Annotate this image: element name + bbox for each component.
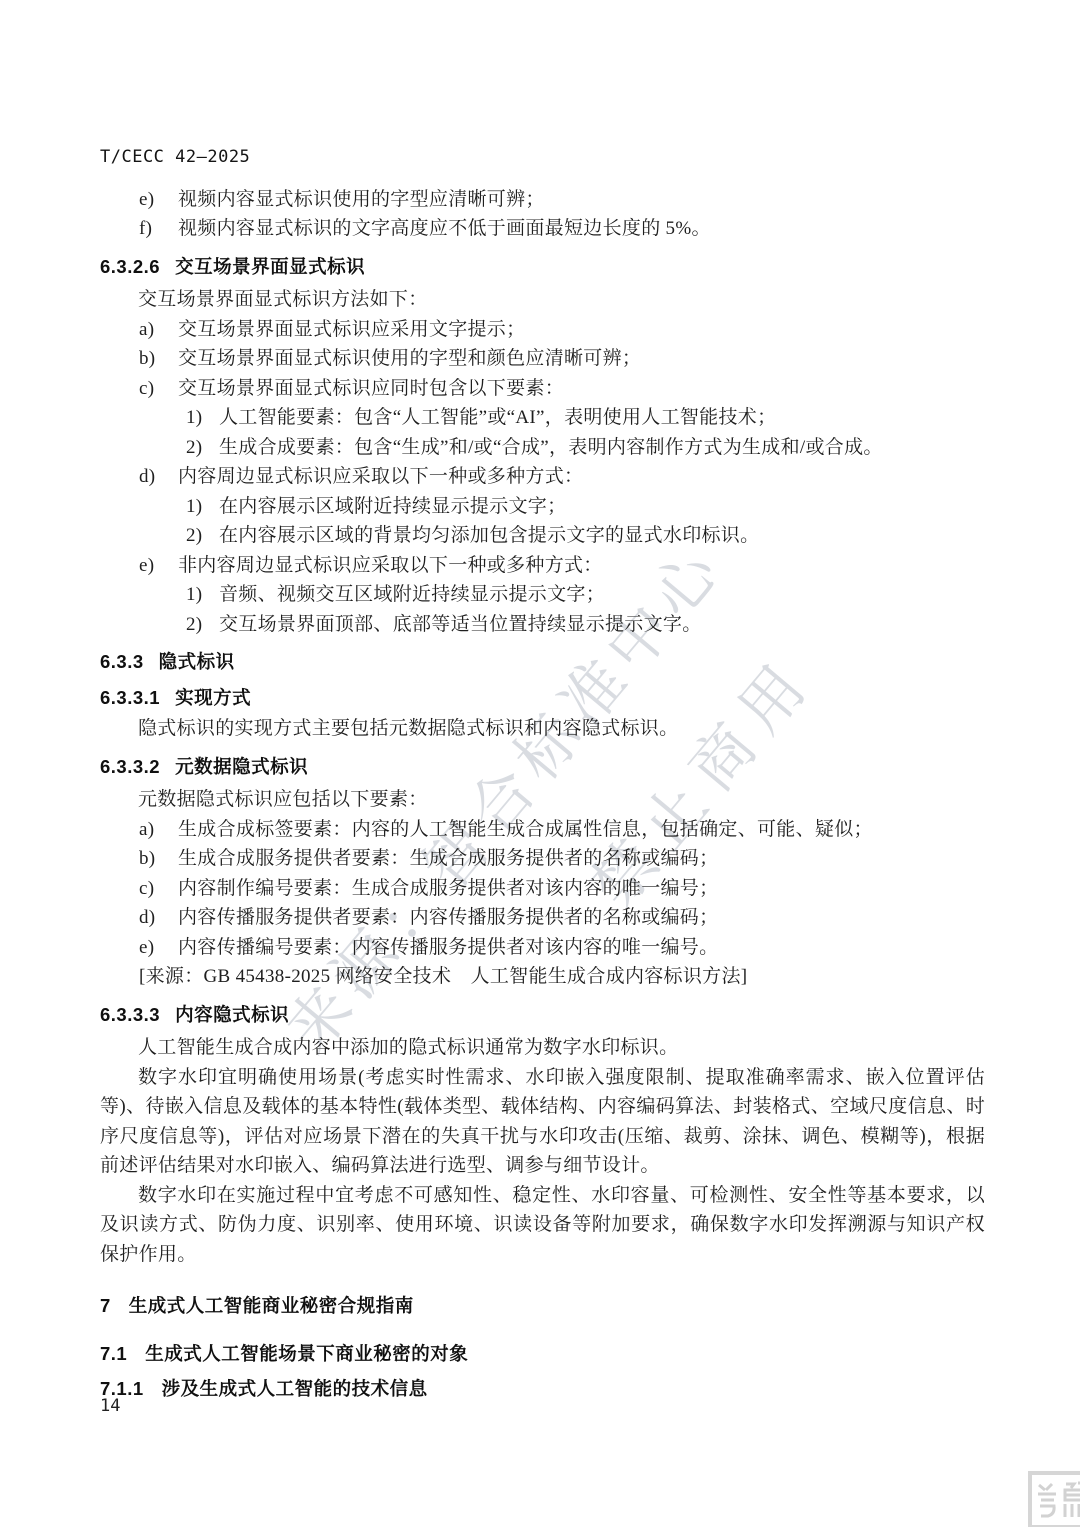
list-item: 2) 交互场景界面顶部、底部等适当位置持续显示提示文字。 [100,610,985,640]
list-item-label: 2) [186,521,219,551]
list-item: d) 内容周边显式标识应采取以下一种或多种方式： [100,462,985,492]
list-item-label: 1) [186,580,219,610]
section-title: 生成式人工智能场景下商业秘密的对象 [145,1343,468,1364]
source-reference: [来源：GB 45438-2025 网络安全技术 人工智能生成合成内容标识方法] [100,962,985,992]
list-item-label: 1) [186,492,219,522]
section-title: 涉及生成式人工智能的技术信息 [162,1378,428,1399]
section-number: 6.3.3.3 [100,1004,160,1025]
list-item: e) 非内容周边显式标识应采取以下一种或多种方式： [100,551,985,581]
section-heading-7-1: 7.1生成式人工智能场景下商业秘密的对象 [100,1339,985,1369]
metadata-element-list: a) 生成合成标签要素：内容的人工智能生成合成属性信息，包括确定、可能、疑似； … [100,815,985,963]
list-item-label: c) [139,374,178,404]
list-item-label: b) [139,844,178,874]
list-item-text: 交互场景界面显式标识使用的字型和颜色应清晰可辨； [178,344,985,374]
video-label-list: e) 视频内容显式标识使用的字型应清晰可辨； f) 视频内容显式标识的文字高度应… [100,185,985,244]
list-item-label: e) [139,185,178,215]
list-item: 1) 音频、视频交互区域附近持续显示提示文字； [100,580,985,610]
corner-seal [1028,1471,1080,1527]
section-number: 6.3.3 [100,651,144,672]
list-item: 1) 人工智能要素：包含“人工智能”或“AI”，表明使用人工智能技术； [100,403,985,433]
list-item-text: 内容传播服务提供者要素：内容传播服务提供者的名称或编码； [178,903,985,933]
list-item-text: 交互场景界面显式标识应同时包含以下要素： [178,374,985,404]
list-item: c) 内容制作编号要素：生成合成服务提供者对该内容的唯一编号； [100,874,985,904]
document-page: 来源：智合标准中心 禁止商用 T/CECC 42—2025 e) 视频内容显式标… [0,0,1080,1527]
list-item-text: 视频内容显式标识使用的字型应清晰可辨； [178,185,985,215]
list-item-text: 生成合成标签要素：内容的人工智能生成合成属性信息，包括确定、可能、疑似； [178,815,985,845]
section-title: 交互场景界面显式标识 [175,256,365,277]
section-title: 隐式标识 [159,651,235,672]
list-item-label: 1) [186,403,219,433]
paragraph-implementation: 隐式标识的实现方式主要包括元数据隐式标识和内容隐式标识。 [100,714,985,744]
seal-stamp-icon [1028,1471,1080,1527]
section-title: 内容隐式标识 [175,1004,289,1025]
section-heading-7: 7生成式人工智能商业秘密合规指南 [100,1291,985,1321]
list-item-label: e) [139,551,178,581]
list-item-label: d) [139,903,178,933]
list-item-text: 视频内容显式标识的文字高度应不低于画面最短边长度的 5%。 [178,214,985,244]
standard-code: T/CECC 42—2025 [100,143,985,173]
page-content: T/CECC 42—2025 e) 视频内容显式标识使用的字型应清晰可辨； f)… [0,0,1080,1404]
list-item: d) 内容传播服务提供者要素：内容传播服务提供者的名称或编码； [100,903,985,933]
paragraph-content-watermark-2: 数字水印宜明确使用场景(考虑实时性需求、水印嵌入强度限制、提取准确率需求、嵌入位… [100,1063,985,1181]
list-item: e) 内容传播编号要素：内容传播服务提供者对该内容的唯一编号。 [100,933,985,963]
paragraph-interactive-intro: 交互场景界面显式标识方法如下： [100,285,985,315]
list-item: a) 交互场景界面显式标识应采用文字提示； [100,315,985,345]
paragraph-metadata-intro: 元数据隐式标识应包括以下要素： [100,785,985,815]
list-item-label: d) [139,462,178,492]
paragraph-content-watermark-3: 数字水印在实施过程中宜考虑不可感知性、稳定性、水印容量、可检测性、安全性等基本要… [100,1181,985,1270]
section-number: 6.3.3.2 [100,756,160,777]
list-item-label: c) [139,874,178,904]
section-heading-6-3-3-2: 6.3.3.2元数据隐式标识 [100,752,985,782]
list-item-label: f) [139,214,178,244]
section-heading-6-3-3-3: 6.3.3.3内容隐式标识 [100,1000,985,1030]
section-heading-6-3-2-6: 6.3.2.6交互场景界面显式标识 [100,252,985,282]
list-item-text: 在内容展示区域的背景均匀添加包含提示文字的显式水印标识。 [219,521,985,551]
list-item: a) 生成合成标签要素：内容的人工智能生成合成属性信息，包括确定、可能、疑似； [100,815,985,845]
section-number: 7 [100,1295,111,1316]
list-item: c) 交互场景界面显式标识应同时包含以下要素： [100,374,985,404]
list-item: 2) 在内容展示区域的背景均匀添加包含提示文字的显式水印标识。 [100,521,985,551]
list-item: e) 视频内容显式标识使用的字型应清晰可辨； [100,185,985,215]
section-heading-6-3-3-1: 6.3.3.1实现方式 [100,683,985,713]
section-heading-7-1-1: 7.1.1涉及生成式人工智能的技术信息 [100,1374,985,1404]
paragraph-content-watermark-1: 人工智能生成合成内容中添加的隐式标识通常为数字水印标识。 [100,1033,985,1063]
list-item: 2) 生成合成要素：包含“生成”和/或“合成”，表明内容制作方式为生成和/或合成… [100,433,985,463]
section-title: 实现方式 [175,687,251,708]
list-item-label: e) [139,933,178,963]
interactive-label-list: a) 交互场景界面显式标识应采用文字提示； b) 交互场景界面显式标识使用的字型… [100,315,985,640]
list-item-label: b) [139,344,178,374]
list-item-text: 非内容周边显式标识应采取以下一种或多种方式： [178,551,985,581]
section-heading-6-3-3: 6.3.3隐式标识 [100,647,985,677]
section-number: 7.1 [100,1343,127,1364]
list-item: b) 交互场景界面显式标识使用的字型和颜色应清晰可辨； [100,344,985,374]
section-number: 6.3.2.6 [100,256,160,277]
list-item-label: a) [139,815,178,845]
page-number: 14 [100,1396,120,1416]
list-item-label: a) [139,315,178,345]
list-item-text: 在内容展示区域附近持续显示提示文字； [219,492,985,522]
list-item-label: 2) [186,610,219,640]
section-title: 生成式人工智能商业秘密合规指南 [129,1295,414,1316]
list-item: b) 生成合成服务提供者要素：生成合成服务提供者的名称或编码； [100,844,985,874]
section-number: 6.3.3.1 [100,687,160,708]
list-item-text: 生成合成服务提供者要素：生成合成服务提供者的名称或编码； [178,844,985,874]
list-item: f) 视频内容显式标识的文字高度应不低于画面最短边长度的 5%。 [100,214,985,244]
list-item-text: 交互场景界面显式标识应采用文字提示； [178,315,985,345]
list-item-text: 内容传播编号要素：内容传播服务提供者对该内容的唯一编号。 [178,933,985,963]
list-item-text: 人工智能要素：包含“人工智能”或“AI”，表明使用人工智能技术； [219,403,985,433]
list-item-text: 音频、视频交互区域附近持续显示提示文字； [219,580,985,610]
section-title: 元数据隐式标识 [175,756,308,777]
list-item-label: 2) [186,433,219,463]
list-item-text: 内容周边显式标识应采取以下一种或多种方式： [178,462,985,492]
list-item-text: 内容制作编号要素：生成合成服务提供者对该内容的唯一编号； [178,874,985,904]
list-item: 1) 在内容展示区域附近持续显示提示文字； [100,492,985,522]
list-item-text: 生成合成要素：包含“生成”和/或“合成”，表明内容制作方式为生成和/或合成。 [219,433,985,463]
list-item-text: 交互场景界面顶部、底部等适当位置持续显示提示文字。 [219,610,985,640]
